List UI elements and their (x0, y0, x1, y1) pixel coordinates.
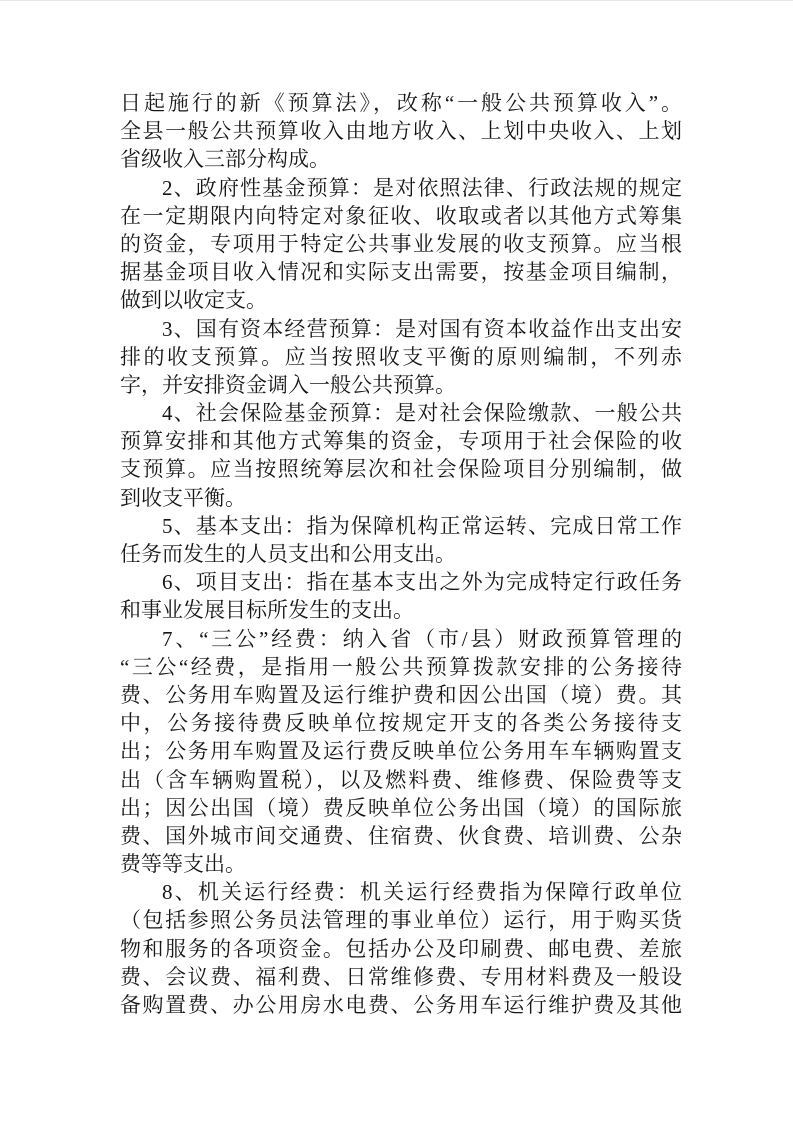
paragraph: 3、国有资本经营预算：是对国有资本收益作出支出安排的收支预算。应当按照收支平衡的… (120, 315, 682, 400)
text-line: 任务而发生的人员支出和公用支出。 (120, 540, 682, 568)
text-line: 中，公务接待费反映单位按规定开支的各类公务接待支 (120, 709, 682, 737)
text-line: 省级收入三部分构成。 (120, 145, 682, 173)
text-line: 6、项目支出：指在基本支出之外为完成特定行政任务 (120, 568, 682, 596)
text-line: 到收支平衡。 (120, 484, 682, 512)
text-line: 出；公务用车购置及运行费反映单位公务用车车辆购置支 (120, 737, 682, 765)
text-line: 出（含车辆购置税），以及燃料费、维修费、保险费等支 (120, 766, 682, 794)
text-line: 出；因公出国（境）费反映单位公务出国（境）的国际旅 (120, 794, 682, 822)
paragraph: 2、政府性基金预算：是对依照法律、行政法规的规定在一定期限内向特定对象征收、收取… (120, 174, 682, 315)
text-line: 字，并安排资金调入一般公共预算。 (120, 371, 682, 399)
text-line: 2、政府性基金预算：是对依照法律、行政法规的规定 (120, 174, 682, 202)
text-line: 8、机关运行经费：机关运行经费指为保障行政单位 (120, 878, 682, 906)
text-line: 日起施行的新《预算法》，改称“一般公共预算收入”。 (120, 89, 682, 117)
text-line: 支预算。应当按照统筹层次和社会保险项目分别编制，做 (120, 455, 682, 483)
paragraph: 6、项目支出：指在基本支出之外为完成特定行政任务和事业发展目标所发生的支出。 (120, 568, 682, 624)
text-line: 做到以收定支。 (120, 286, 682, 314)
text-line: 全县一般公共预算收入由地方收入、上划中央收入、上划 (120, 117, 682, 145)
text-line: 物和服务的各项资金。包括办公及印刷费、邮电费、差旅 (120, 935, 682, 963)
text-line: 备购置费、办公用房水电费、公务用车运行维护费及其他 (120, 991, 682, 1019)
document-page: 日起施行的新《预算法》，改称“一般公共预算收入”。全县一般公共预算收入由地方收入… (0, 0, 793, 1122)
text-line: 和事业发展目标所发生的支出。 (120, 596, 682, 624)
text-line: （包括参照公务员法管理的事业单位）运行，用于购买货 (120, 906, 682, 934)
paragraph: 5、基本支出：指为保障机构正常运转、完成日常工作任务而发生的人员支出和公用支出。 (120, 512, 682, 568)
text-line: 据基金项目收入情况和实际支出需要，按基金项目编制， (120, 258, 682, 286)
text-line: 7、“三公”经费：纳入省（市/县）财政预算管理的 (120, 625, 682, 653)
text-line: 预算安排和其他方式筹集的资金，专项用于社会保险的收 (120, 427, 682, 455)
paragraph: 8、机关运行经费：机关运行经费指为保障行政单位（包括参照公务员法管理的事业单位）… (120, 878, 682, 1019)
text-line: 费、国外城市间交通费、住宿费、伙食费、培训费、公杂 (120, 822, 682, 850)
paragraph: 日起施行的新《预算法》，改称“一般公共预算收入”。全县一般公共预算收入由地方收入… (120, 89, 682, 174)
paragraph: 4、社会保险基金预算：是对社会保险缴款、一般公共预算安排和其他方式筹集的资金，专… (120, 399, 682, 512)
text-line: 费等等支出。 (120, 850, 682, 878)
text-line: 排的收支预算。应当按照收支平衡的原则编制，不列赤 (120, 343, 682, 371)
text-line: 费、公务用车购置及运行维护费和因公出国（境）费。其 (120, 681, 682, 709)
text-line: 费、会议费、福利费、日常维修费、专用材料费及一般设 (120, 963, 682, 991)
text-line: 在一定期限内向特定对象征收、收取或者以其他方式筹集 (120, 202, 682, 230)
text-line: 4、社会保险基金预算：是对社会保险缴款、一般公共 (120, 399, 682, 427)
text-line: 的资金，专项用于特定公共事业发展的收支预算。应当根 (120, 230, 682, 258)
document-body: 日起施行的新《预算法》，改称“一般公共预算收入”。全县一般公共预算收入由地方收入… (120, 89, 682, 1019)
paragraph: 7、“三公”经费：纳入省（市/县）财政预算管理的“三公“经费，是指用一般公共预算… (120, 625, 682, 879)
text-line: 5、基本支出：指为保障机构正常运转、完成日常工作 (120, 512, 682, 540)
text-line: “三公“经费，是指用一般公共预算拨款安排的公务接待 (120, 653, 682, 681)
text-line: 3、国有资本经营预算：是对国有资本收益作出支出安 (120, 315, 682, 343)
